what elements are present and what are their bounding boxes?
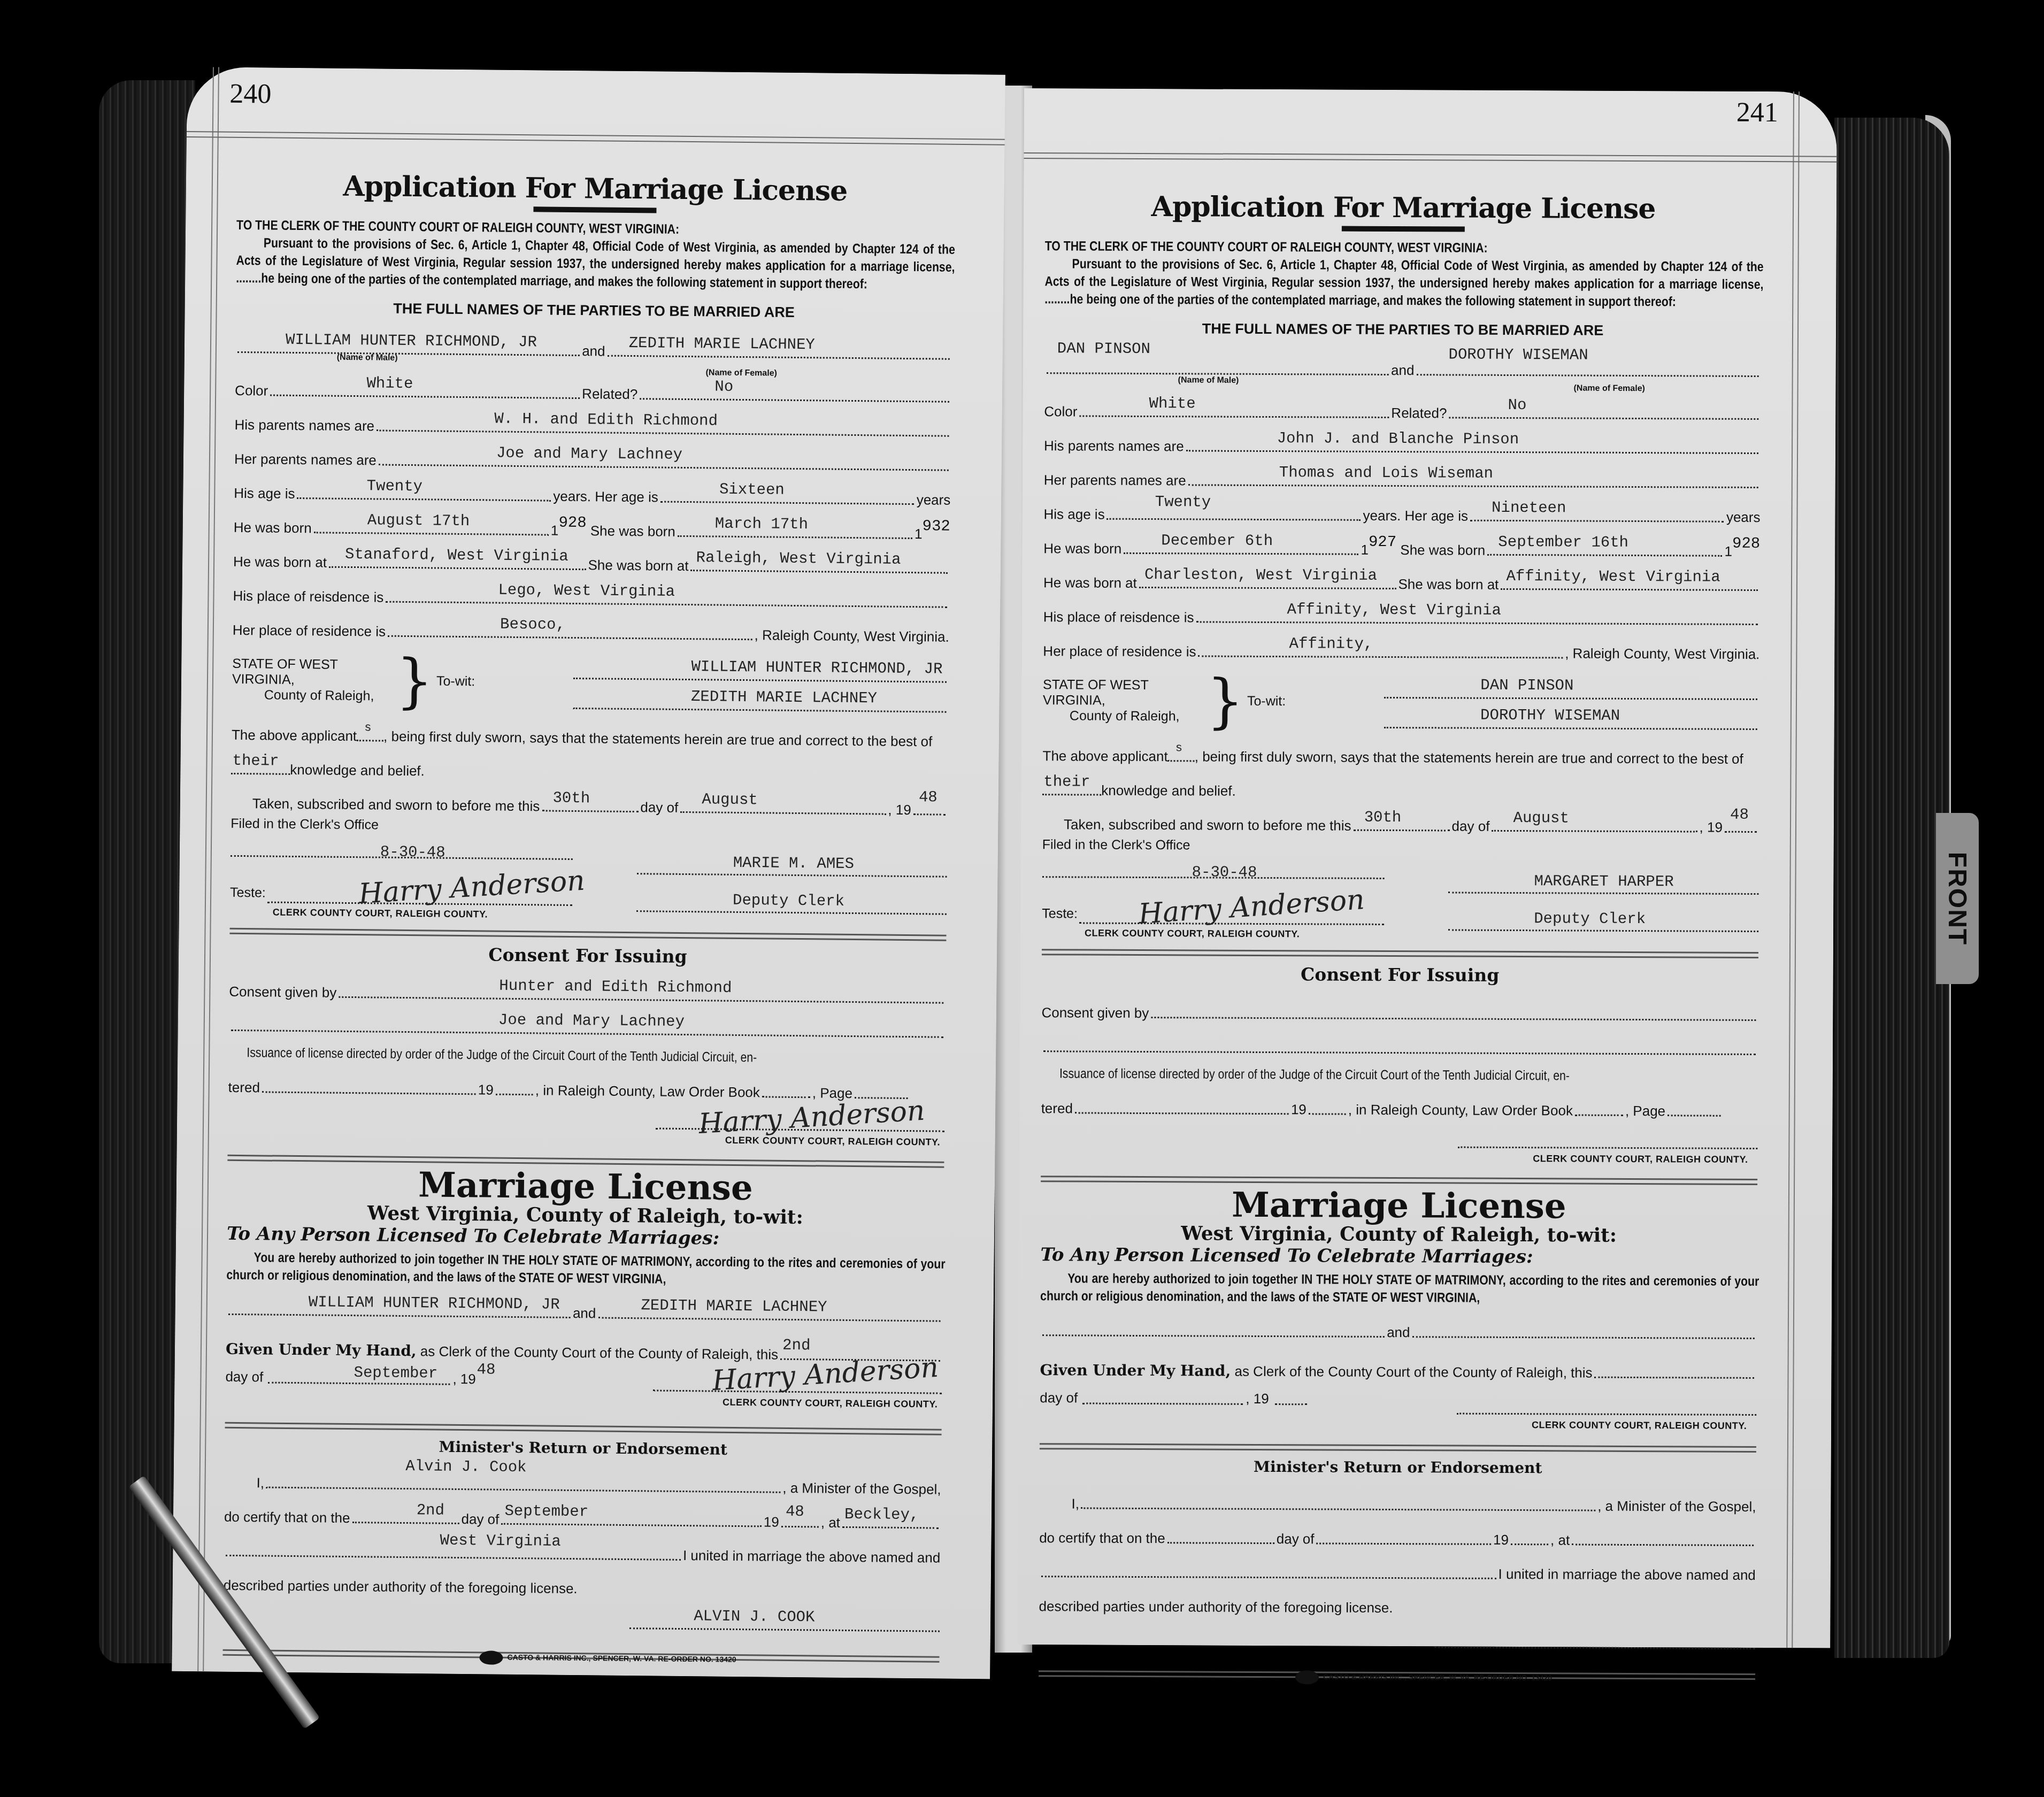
her-residence-row: Her place of residence is Affinity, , Ra… [1043, 625, 1759, 663]
section-divider [1041, 1176, 1757, 1185]
married-at-field[interactable]: Beckley, [842, 1526, 939, 1529]
married-at-field-2[interactable] [1041, 1575, 1496, 1579]
section-divider [227, 1155, 944, 1168]
sworn-row: Taken, subscribed and sworn to before me… [231, 778, 948, 819]
filed-date: 8-30-48 [380, 843, 445, 862]
oath-row: The above applicant s , being first duly… [1042, 730, 1759, 767]
male-name-field[interactable]: DAN PINSON [1047, 372, 1389, 375]
minister-title: Minister's Return or Endorsement [225, 1436, 941, 1461]
printer-imprint: CASTO & HARRIS INC., SPENCER, W. VA. RE-… [222, 1648, 939, 1669]
her-residence-field[interactable]: Besoco, [388, 635, 752, 641]
header-rule [187, 131, 1005, 145]
sworn-month-field[interactable]: August [1492, 830, 1697, 833]
preamble: Pursuant to the provisions of Sec. 6, Ar… [1044, 255, 1763, 311]
consent-field-2[interactable]: Joe and Mary Lachney [231, 1029, 943, 1038]
right-page: 241 Application For Marriage License TO … [1017, 88, 1837, 1648]
license-text: You are hereby authorized to join togeth… [1040, 1270, 1759, 1308]
his-parents-row: His parents names are John J. and Blanch… [1044, 420, 1761, 457]
margin-rule [1786, 91, 1800, 1648]
minister-name-field[interactable] [1081, 1507, 1595, 1511]
brace-icon: } [396, 657, 434, 705]
header-rule [1024, 152, 1836, 163]
married-month-field[interactable] [1317, 1542, 1492, 1545]
certify-row: do certify that on the day of 19 , at [1039, 1512, 1756, 1549]
female-name-field[interactable]: ZEDITH MARIE LACHNEY [608, 355, 950, 360]
page-number: 241 [1736, 97, 1778, 128]
given-row: Given Under My Hand, as Clerk of the Cou… [1040, 1345, 1756, 1382]
deputy-title: Deputy Clerk [733, 892, 844, 910]
belief-row: their knowledge and belief. [1042, 764, 1759, 802]
consent-row-2 [1041, 1021, 1758, 1058]
section-divider [225, 1422, 942, 1435]
license-female-field[interactable] [1412, 1335, 1755, 1339]
his-age-field[interactable]: Twenty [1107, 518, 1361, 521]
he-born-field[interactable]: August 17th [314, 531, 549, 535]
he-born-at-field[interactable]: Charleston, West Virginia [1139, 586, 1396, 589]
license-names-row: and [1040, 1305, 1757, 1342]
his-residence-row: His place of reisdence is Affinity, West… [1043, 591, 1760, 628]
his-parents-field[interactable]: John J. and Blanche Pinson [1186, 449, 1758, 454]
married-at-field[interactable] [1572, 1543, 1754, 1546]
sworn-day-field[interactable]: 30th [542, 809, 638, 812]
minister-signature: ALVIN J. COOK [694, 1607, 815, 1626]
names-row: DAN PINSON and DOROTHY WISEMAN [1044, 343, 1761, 380]
age-row: His age is Twenty years. Her age is Nine… [1043, 488, 1760, 526]
given-month-field[interactable] [1082, 1403, 1243, 1405]
sworn-year-field[interactable]: 48 [913, 813, 946, 816]
tab-label: FRONT [1943, 851, 1972, 945]
entered-year-field[interactable] [1309, 1112, 1346, 1115]
united-row: I united in marriage the above named and [1039, 1546, 1756, 1584]
application-form-left: Application For Marriage License TO THE … [222, 164, 954, 1669]
given-day-field[interactable] [1595, 1376, 1755, 1379]
entered-field[interactable] [1075, 1111, 1289, 1115]
male-caption: (Name of Male) [337, 353, 398, 363]
her-residence-row: Her place of residence is Besoco, , Rale… [233, 604, 950, 646]
left-page: 240 Application For Marriage License TO … [172, 67, 1005, 1679]
front-index-tab[interactable]: FRONT [1936, 813, 1979, 984]
her-parents-row: Her parents names are Thomas and Lois Wi… [1044, 454, 1761, 492]
described-row: described parties under authority of the… [1039, 1580, 1756, 1618]
title-underline [1342, 226, 1465, 232]
margin-rule [197, 67, 219, 1671]
minister-signature-block: ALVIN J. COOK [223, 1594, 940, 1644]
section-divider [1042, 949, 1758, 958]
married-year-field[interactable] [1511, 1543, 1548, 1545]
filing-signatures: 8-30-48 Harry Anderson Teste: CLERK COUN… [230, 832, 948, 930]
section-divider [1040, 1443, 1756, 1453]
minister-signature-field[interactable] [1434, 1646, 1755, 1649]
she-born-at-field[interactable]: Affinity, West Virginia [1501, 588, 1758, 591]
brace-icon: } [1207, 677, 1244, 725]
deputy-name: MARIE M. AMES [733, 854, 855, 873]
consent-row-1: Consent given by [1041, 987, 1758, 1024]
her-age-field[interactable]: Sixteen [660, 501, 915, 505]
towit-male-field[interactable]: DAN PINSON [1384, 696, 1757, 700]
filing-signatures: 8-30-48 Harry Anderson Teste: CLERK COUN… [1042, 853, 1759, 947]
birthdate-row: He was born December 6th 1927 She was bo… [1043, 523, 1760, 560]
given-year-field[interactable] [1275, 1403, 1307, 1405]
jurat-block: STATE OF WEST VIRGINIA, County of Raleig… [1043, 670, 1759, 733]
law-order-book-field[interactable] [1575, 1114, 1623, 1116]
married-day-field[interactable]: 2nd [352, 1521, 459, 1524]
application-title: Application For Marriage License [237, 169, 954, 209]
names-heading: THE FULL NAMES OF THE PARTIES TO BE MARR… [236, 299, 952, 322]
sworn-year-field[interactable]: 48 [1725, 831, 1757, 833]
related-field[interactable]: No [1449, 416, 1758, 420]
law-order-book-field[interactable] [762, 1095, 810, 1098]
her-age-field[interactable]: Nineteen [1470, 519, 1724, 523]
she-born-at-field[interactable]: Raleigh, West Virginia [690, 569, 948, 574]
his-age-field[interactable]: Twenty [297, 497, 551, 502]
color-field[interactable]: White [1079, 414, 1389, 418]
printer-imprint: CASTO & HARRIS INC., SPENCER, W. VA. RE-… [1039, 1669, 1755, 1686]
given-month: September [354, 1364, 437, 1383]
page-number: 240 [229, 78, 272, 110]
license-male-field[interactable]: WILLIAM HUNTER RICHMOND, JR [228, 1313, 571, 1318]
married-month-field[interactable]: September [501, 1523, 762, 1527]
names-heading: THE FULL NAMES OF THE PARTIES TO BE MARR… [1044, 320, 1761, 340]
male-caption: (Name of Male) [1178, 375, 1239, 385]
section-divider [229, 928, 946, 941]
she-born-field[interactable]: March 17th [678, 535, 912, 539]
her-residence-field[interactable]: Affinity, [1198, 655, 1563, 658]
towit-female-field[interactable]: DOROTHY WISEMAN [1384, 726, 1757, 730]
consent-title: Consent For Issuing [229, 942, 946, 970]
male-name-field[interactable]: WILLIAM HUNTER RICHMOND, JR [237, 351, 580, 356]
jurat-block: STATE OF WEST VIRGINIA, County of Raleig… [232, 649, 949, 716]
he-born-field[interactable]: December 6th [1124, 552, 1358, 555]
color-row: Color White Related? No [1044, 386, 1761, 423]
consent-signature: Harry Anderson [698, 1095, 926, 1140]
towit-male-field[interactable]: WILLIAM HUNTER RICHMOND, JR [573, 677, 947, 683]
license-male-field[interactable] [1042, 1334, 1385, 1338]
related-field[interactable]: No [640, 397, 949, 403]
color-field[interactable]: White [270, 394, 580, 400]
license-addressee: To Any Person Licensed To Celebrate Marr… [1040, 1244, 1757, 1269]
deputy-title: Deputy Clerk [1534, 910, 1646, 928]
ornament-icon [1295, 1670, 1319, 1684]
title-underline [533, 206, 656, 213]
license-female-field[interactable]: ZEDITH MARIE LACHNEY [598, 1316, 940, 1322]
female-name-field[interactable]: DOROTHY WISEMAN [1416, 373, 1758, 377]
towit-female-field[interactable]: ZEDITH MARIE LACHNEY [573, 707, 947, 713]
license-title: Marriage License [1041, 1187, 1757, 1225]
ornament-icon [479, 1650, 503, 1664]
sworn-day-field[interactable]: 30th [1354, 829, 1450, 832]
license-subtitle: West Virginia, County of Raleigh, to-wit… [1041, 1222, 1757, 1247]
given-year: 48 [477, 1361, 495, 1378]
minister-row: I, , a Minister of the Gospel, [1039, 1478, 1756, 1515]
consent-field-1[interactable] [1151, 1016, 1756, 1021]
his-residence-field[interactable]: Affinity, West Virginia [1196, 620, 1757, 625]
birthplace-row: He was born at Charleston, West Virginia… [1043, 557, 1760, 594]
minister-signature-block [1039, 1615, 1755, 1661]
deputy-name: MARGARET HARPER [1534, 872, 1673, 890]
she-born-field[interactable]: September 16th [1487, 554, 1722, 557]
license-names-row: WILLIAM HUNTER RICHMOND, JR and ZEDITH M… [226, 1284, 943, 1325]
minister-title: Minister's Return or Endorsement [1040, 1457, 1756, 1478]
entered-field[interactable] [262, 1091, 476, 1095]
married-year-field[interactable]: 48 [781, 1525, 819, 1528]
given-date-block: day of , 19 CLERK COUNTY COURT, RALEIGH … [1040, 1379, 1756, 1441]
consent-row-2: Joe and Mary Lachney [229, 1000, 946, 1041]
application-title: Application For Marriage License [1045, 190, 1762, 226]
given-date-block: day of September , 19 48 Harry Anderson … [225, 1358, 942, 1424]
her-parents-field[interactable]: Thomas and Lois Wiseman [1188, 483, 1758, 488]
consent-field-2[interactable] [1043, 1050, 1756, 1055]
sworn-month-field[interactable]: August [680, 811, 886, 815]
law-order-page-field[interactable] [1668, 1114, 1721, 1116]
application-form-right: Application For Marriage License TO THE … [1039, 185, 1762, 1686]
filed-date: 8-30-48 [1192, 863, 1257, 881]
entered-row: tered 19 , in Raleigh County, Law Order … [1041, 1082, 1758, 1120]
consent-signature-block: Harry Anderson CLERK COUNTY COURT, RALEI… [228, 1096, 945, 1156]
married-day-field[interactable] [1167, 1541, 1274, 1544]
consent-signature-block: CLERK COUNTY COURT, RALEIGH COUNTY. [1041, 1117, 1757, 1173]
sworn-row: Taken, subscribed and sworn to before me… [1042, 798, 1759, 836]
he-born-at-field[interactable]: Stanaford, West Virginia [329, 566, 586, 571]
book-page-edges-right [1834, 118, 1949, 1658]
consent-title: Consent For Issuing [1042, 963, 1758, 987]
preamble: Pursuant to the provisions of Sec. 6, Ar… [236, 234, 955, 294]
entered-year-field[interactable] [496, 1093, 533, 1096]
